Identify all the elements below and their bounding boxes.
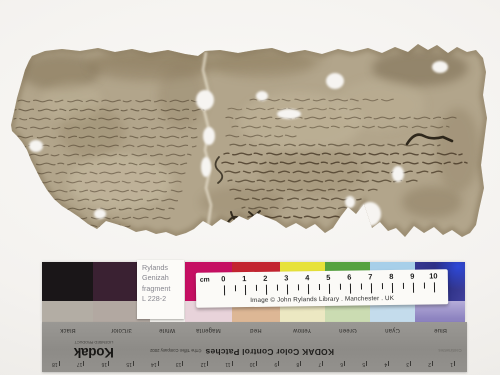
ruler-tick (318, 284, 319, 290)
photograph: Black3/ColorWhiteMagentaRedYellowGreenCy… (0, 0, 500, 375)
strip-scale-number: 17 (77, 361, 85, 366)
strip-scale-number: 4 (384, 361, 389, 366)
ruler-number: 8 (381, 273, 402, 281)
ruler-ticks (224, 282, 435, 295)
ruler-tick (329, 284, 330, 294)
ruler-unit-label: cm (200, 276, 213, 283)
ruler-number: 1 (234, 275, 255, 283)
strip-scale-number: 3 (406, 361, 411, 366)
ruler-tick (413, 283, 414, 293)
ruler-number: 5 (318, 274, 339, 282)
ruler-number: 2 (255, 275, 276, 283)
strip-scale-number: 5 (362, 361, 367, 366)
strip-scale-number: 8 (296, 361, 301, 366)
patch-label-magenta: Magenta (196, 327, 221, 333)
patch-label-red: Red (250, 327, 262, 333)
ruler-number: 9 (402, 273, 423, 281)
strip-scale-number: 11 (225, 361, 232, 366)
ruler-tick (266, 285, 267, 295)
ruler-tick (287, 284, 288, 294)
ruler-tick (308, 284, 309, 294)
ruler-number: 10 (423, 273, 444, 281)
ruler-tick (371, 283, 372, 293)
patch-label-green: Green (339, 327, 357, 333)
strip-scale-number: 16 (102, 361, 110, 366)
ruler-tick (339, 284, 340, 290)
ruler-tick (255, 285, 256, 291)
ruler-caption: Image © John Rylands Library . Mancheste… (196, 294, 448, 305)
catalog-label-card: Rylands Genizah fragment L 228-2 (137, 260, 184, 319)
strip-scale-number: 18 (52, 361, 60, 366)
catalog-label-line: Rylands (142, 263, 184, 273)
patch-label-blue: Blue (434, 327, 447, 333)
patch-label-cyan: Cyan (385, 327, 400, 333)
ruler-number: 3 (276, 275, 297, 283)
ruler-tick (350, 284, 351, 294)
ruler-number: 6 (339, 274, 360, 282)
strip-title: KODAK Color Control Patches (205, 347, 334, 357)
ruler-tick (297, 284, 298, 290)
strip-gray-base: Black3/ColorWhiteMagentaRedYellowGreenCy… (42, 322, 467, 372)
strip-scale-number: 9 (274, 361, 279, 366)
strip-scale-number: 14 (151, 361, 159, 366)
catalog-label-line: Genizah (142, 273, 184, 283)
ruler-tick (224, 285, 225, 295)
strip-cm-scale: 123456789101112131415161718 (52, 361, 455, 370)
patch-labels-row: Black3/ColorWhiteMagentaRedYellowGreenCy… (42, 323, 465, 336)
ruler-tick (402, 283, 403, 289)
ruler-tick (360, 283, 361, 289)
centimetres-label: Centimetres (434, 348, 466, 353)
strip-scale-number: 1 (450, 361, 455, 366)
strip-scale-number: 12 (201, 361, 209, 366)
strip-title-line: KODAK Color Control Patches ©The Tiffen … (174, 347, 334, 357)
color-patch-black (42, 262, 93, 322)
strip-scale-number: 2 (428, 361, 433, 366)
catalog-label-line: L 228-2 (142, 294, 184, 304)
strip-copyright: ©The Tiffen Company 2002 (150, 348, 201, 353)
patch-label-white: White (159, 327, 175, 333)
kodak-logo: Kodak (58, 345, 130, 360)
ruler-number: 4 (297, 274, 318, 282)
ruler-tick (434, 282, 435, 292)
ruler-number: 0 (213, 275, 234, 283)
strip-scale-number: 7 (318, 361, 323, 366)
patch-label-yellow: Yellow (293, 327, 311, 333)
ruler-tick (234, 285, 235, 291)
strip-scale-number: 10 (250, 361, 258, 366)
patch-label-black: Black (60, 327, 76, 333)
strip-scale-number: 6 (340, 361, 345, 366)
ruler-tick (423, 283, 424, 289)
ruler-tick (381, 283, 382, 289)
licensed-product-text: LICENSED PRODUCT (63, 340, 125, 344)
cm-ruler-card: cm 012345678910 Image © John Rylands Lib… (196, 269, 448, 308)
catalog-label-line: fragment (142, 284, 184, 294)
ruler-tick (276, 285, 277, 291)
ruler-tick (245, 285, 246, 295)
strip-scale-number: 15 (126, 361, 134, 366)
ruler-number: 7 (360, 273, 381, 281)
patch-label-3color: 3/Color (111, 327, 132, 333)
strip-scale-number: 13 (176, 361, 184, 366)
ruler-tick (392, 283, 393, 293)
